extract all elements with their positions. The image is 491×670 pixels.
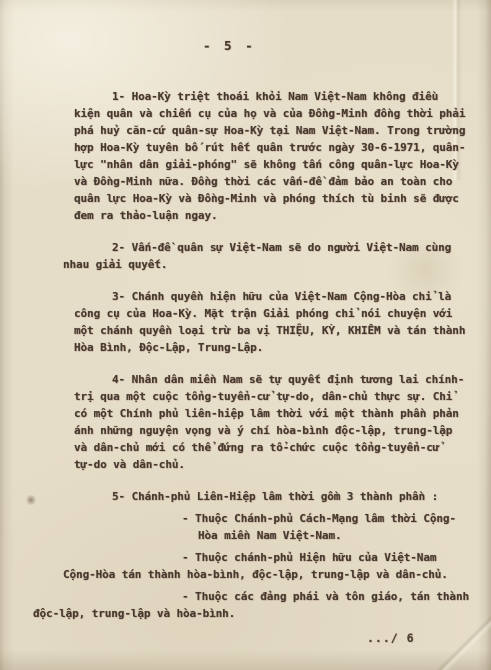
sub-item: - Thuộc chánh-phủ Hiện hữu của Việt-NamC… xyxy=(74,549,472,583)
text-line: lực "nhân dân giải-phóng" sẽ không tấn c… xyxy=(74,156,472,173)
paragraph: 5- Chánh-phủ Liên-Hiệp lâm thời gồm 3 th… xyxy=(74,488,472,505)
continuation-mark: .../ 6 xyxy=(367,631,415,645)
text-line: kiện quân và chiến cụ của họ và của Đồng… xyxy=(74,105,472,122)
text-line: phá huỷ căn-cứ quân-sự Hoa-Kỳ tại Nam Vi… xyxy=(74,122,472,139)
text-line: Hòa miền Nam Việt-Nam. xyxy=(74,527,472,544)
text-line: có một Chính phủ liên-hiệp lâm thời với … xyxy=(74,405,472,422)
text-line: 1- Hoa-Kỳ triệt thoái khỏi Nam Việt-Nam … xyxy=(74,88,472,105)
text-line: đem ra thảo-luận ngay. xyxy=(74,207,472,224)
text-line: độc-lập, trung-lập và hòa-bình. xyxy=(33,605,472,622)
paragraph: 2- Vấn-đề quân sự Việt-Nam sẽ do người V… xyxy=(74,239,472,273)
text-line: và Đồng-Minh nữa. Đồng thời các vấn-đề đ… xyxy=(74,173,472,190)
text-line: 2- Vấn-đề quân sự Việt-Nam sẽ do người V… xyxy=(74,239,472,256)
text-line: và dân-chủ mới có thể đứng ra tổ-chức cu… xyxy=(74,439,472,456)
page-number: - 5 - xyxy=(203,38,256,53)
text-line: 3- Chánh quyền hiện hữu của Việt-Nam Cộn… xyxy=(74,288,472,305)
text-line: một chánh quyền loại trừ ba vị THIỆU, KỲ… xyxy=(74,322,472,339)
document-body: 1- Hoa-Kỳ triệt thoái khỏi Nam Việt-Nam … xyxy=(74,88,472,622)
text-line: công cụ của Hoa-Kỳ. Mặt trận Giải phóng … xyxy=(74,305,472,322)
ink-speck xyxy=(26,494,36,506)
paragraph: 4- Nhân dân miền Nam sẽ tự quyết định tư… xyxy=(74,371,472,473)
text-line: 4- Nhân dân miền Nam sẽ tự quyết định tư… xyxy=(74,371,472,388)
text-line: - Thuộc các đảng phái và tôn giáo, tán t… xyxy=(74,588,472,605)
text-line: hợp Hoa-Kỳ tuyên bố rút hết quân trước n… xyxy=(74,139,472,156)
text-line: Hòa Bình, Độc-Lập, Trung-Lập. xyxy=(74,339,472,356)
text-line: ánh những nguyện vọng và ý chí hòa-bình … xyxy=(74,422,472,439)
sub-item: - Thuộc Chánh-phủ Cách-Mạng lâm thời Cộn… xyxy=(74,510,472,544)
text-line: tự-do và dân-chủ. xyxy=(74,456,472,473)
paragraph: 3- Chánh quyền hiện hữu của Việt-Nam Cộn… xyxy=(74,288,472,356)
text-line: trị qua một cuộc tổng-tuyển-cử tự-do, dâ… xyxy=(74,388,472,405)
text-line: 5- Chánh-phủ Liên-Hiệp lâm thời gồm 3 th… xyxy=(74,488,472,505)
paragraph: 1- Hoa-Kỳ triệt thoái khỏi Nam Việt-Nam … xyxy=(74,88,472,224)
text-line: - Thuộc chánh-phủ Hiện hữu của Việt-Nam xyxy=(74,549,472,566)
text-line: quân lực Hoa-Kỳ và Đồng-Minh và phóng th… xyxy=(74,190,472,207)
sub-item: - Thuộc các đảng phái và tôn giáo, tán t… xyxy=(74,588,472,622)
text-line: - Thuộc Chánh-phủ Cách-Mạng lâm thời Cộn… xyxy=(74,510,472,527)
text-line: nhau giải quyết. xyxy=(63,256,472,273)
text-line: Cộng-Hòa tán thành hòa-bình, độc-lập, tr… xyxy=(63,566,472,583)
